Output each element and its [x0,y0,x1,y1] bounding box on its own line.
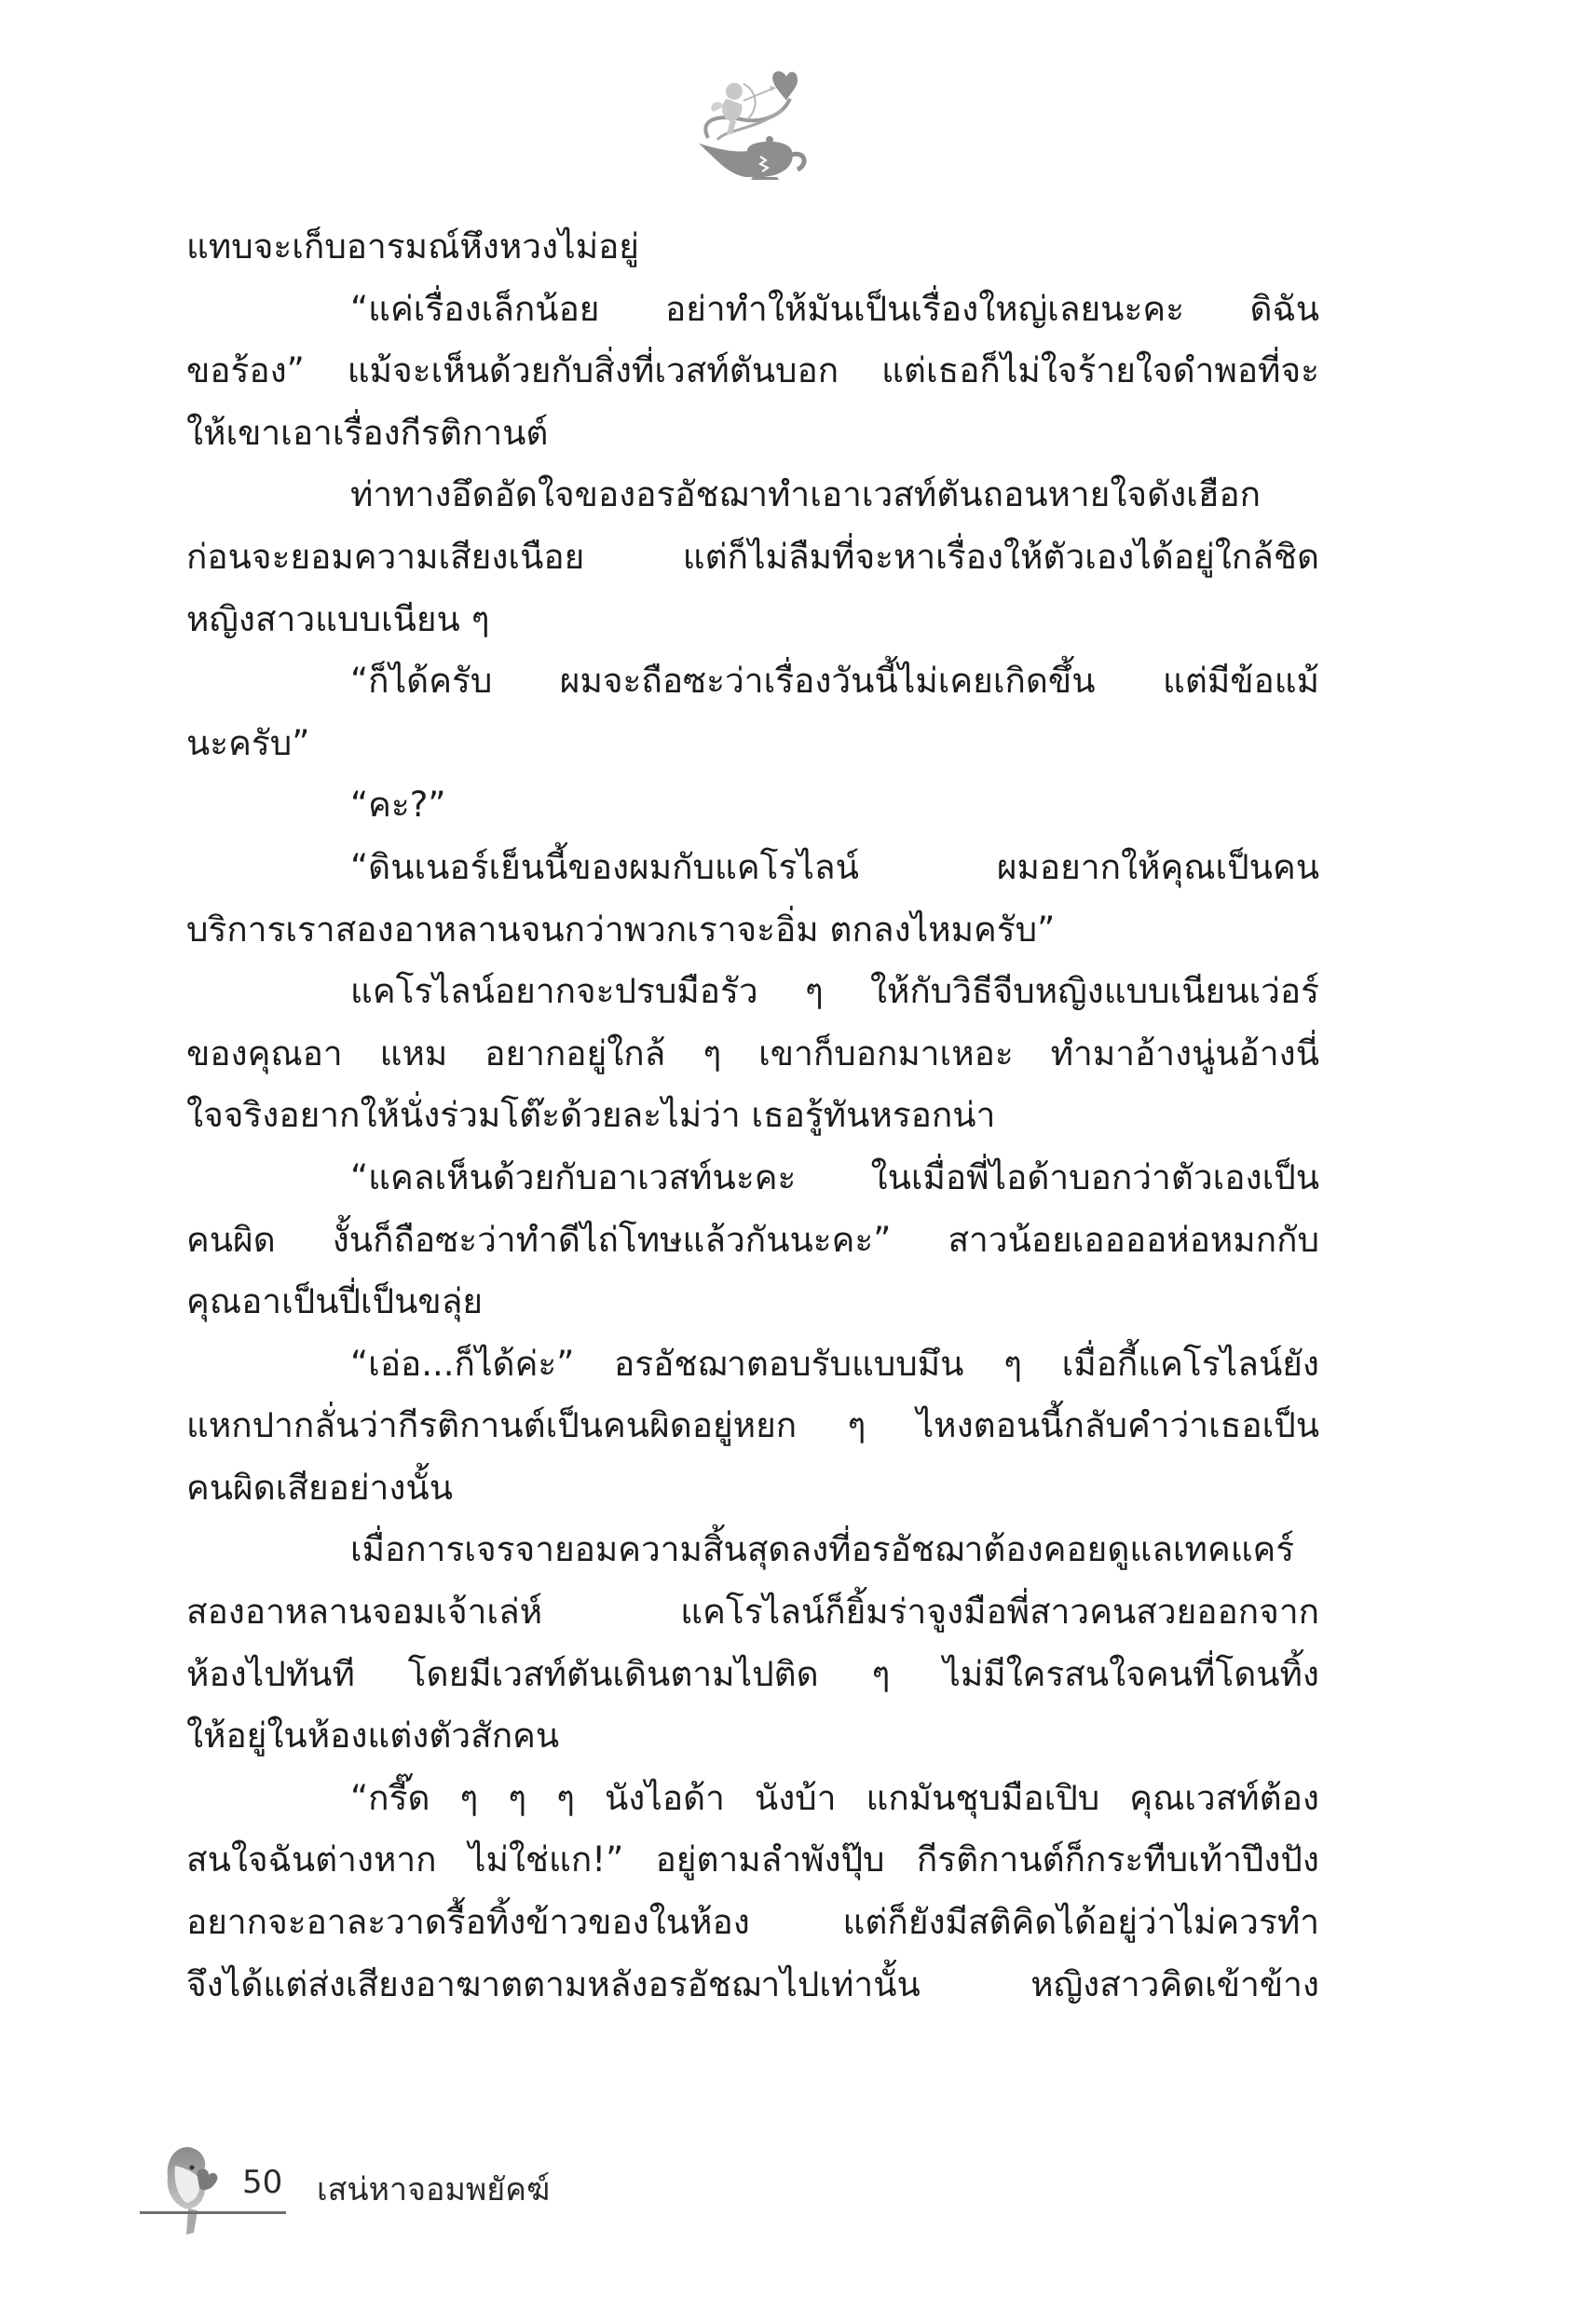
text-line: ก่อนจะยอมความเสียงเนือย แต่ก็ไม่ลืมที่จะ… [186,526,1319,589]
text-line: แคโรไลน์อยากจะปรบมือรัว ๆ ให้กับวิธีจีบห… [186,961,1319,1023]
footer-divider [140,2211,286,2214]
text-line: จึงได้แต่ส่งเสียงอาฆาตตามหลังอรอัชฌาไปเท… [186,1954,1319,2017]
text-line: ท่าทางอึดอัดใจของอรอัชฌาทำเอาเวสท์ตันถอน… [186,464,1319,526]
text-line: “กรี๊ด ๆ ๆ ๆ นังไอด้า นังบ้า แกมันชุบมือ… [186,1768,1319,1830]
text-line: แทบจะเก็บอารมณ์หึงหวงไม่อยู่ [186,216,1319,279]
text-line: คนผิดเสียอย่างนั้น [186,1457,1319,1520]
text-line: “แคลเห็นด้วยกับอาเวสท์นะคะ ในเมื่อพี่ไอด… [186,1147,1319,1210]
text-line: “แค่เรื่องเล็กน้อย อย่าทำให้มันเป็นเรื่อ… [186,279,1319,341]
text-line: ของคุณอา แหม อยากอยู่ใกล้ ๆ เขาก็บอกมาเห… [186,1023,1319,1086]
text-line: ให้อยู่ในห้องแต่งตัวสักคน [186,1705,1319,1768]
text-line: คุณอาเป็นปี่เป็นขลุ่ย [186,1271,1319,1333]
book-title: เสน่หาจอมพยัคฆ์ [317,2164,550,2214]
text-line: ขอร้อง” แม้จะเห็นด้วยกับสิ่งที่เวสท์ตันบ… [186,340,1319,403]
text-line: “เอ่อ...ก็ได้ค่ะ” อรอัชฌาตอบรับแบบมึน ๆ … [186,1333,1319,1396]
text-line: “ดินเนอร์เย็นนี้ของผมกับแคโรไลน์ ผมอยากใ… [186,837,1319,899]
text-line: “ก็ได้ครับ ผมจะถือซะว่าเรื่องวันนี้ไม่เค… [186,650,1319,713]
bird-on-branch-icon [160,2143,235,2263]
text-line: สนใจฉันต่างหาก ไม่ใช่แก!” อยู่ตามลำพังปุ… [186,1829,1319,1892]
text-line: “คะ?” [186,774,1319,837]
text-line: ใจจริงอยากให้นั่งร่วมโต๊ะด้วยละไม่ว่า เธ… [186,1085,1319,1147]
text-line: บริการเราสองอาหลานจนกว่าพวกเราจะอิ่ม ตกล… [186,899,1319,962]
text-line: คนผิด งั้นก็ถือซะว่าทำดีไถ่โทษแล้วกันนะค… [186,1210,1319,1272]
text-line: อยากจะอาละวาดรื้อทิ้งข้าวของในห้อง แต่ก็… [186,1892,1319,1954]
text-line: ห้องไปทันที โดยมีเวสท์ตันเดินตามไปติด ๆ … [186,1644,1319,1706]
text-line: แหกปากลั่นว่ากีรติกานต์เป็นคนผิดอยู่หยก … [186,1395,1319,1457]
text-line: หญิงสาวแบบเนียน ๆ [186,589,1319,651]
cupid-genie-lamp-icon [689,63,811,180]
text-line: เมื่อการเจรจายอมความสิ้นสุดลงที่อรอัชฌาต… [186,1519,1319,1581]
text-line: สองอาหลานจอมเจ้าเล่ห์ แคโรไลน์ก็ยิ้มร่าจ… [186,1581,1319,1644]
page-number: 50 [242,2164,282,2201]
body-text: แทบจะเก็บอารมณ์หึงหวงไม่อยู่ “แค่เรื่องเ… [186,216,1319,2016]
text-line: นะครับ” [186,713,1319,775]
page-footer: 50 เสน่หาจอมพยัคฆ์ [140,2143,699,2264]
text-line: ให้เขาเอาเรื่องกีรติกานต์ [186,403,1319,465]
